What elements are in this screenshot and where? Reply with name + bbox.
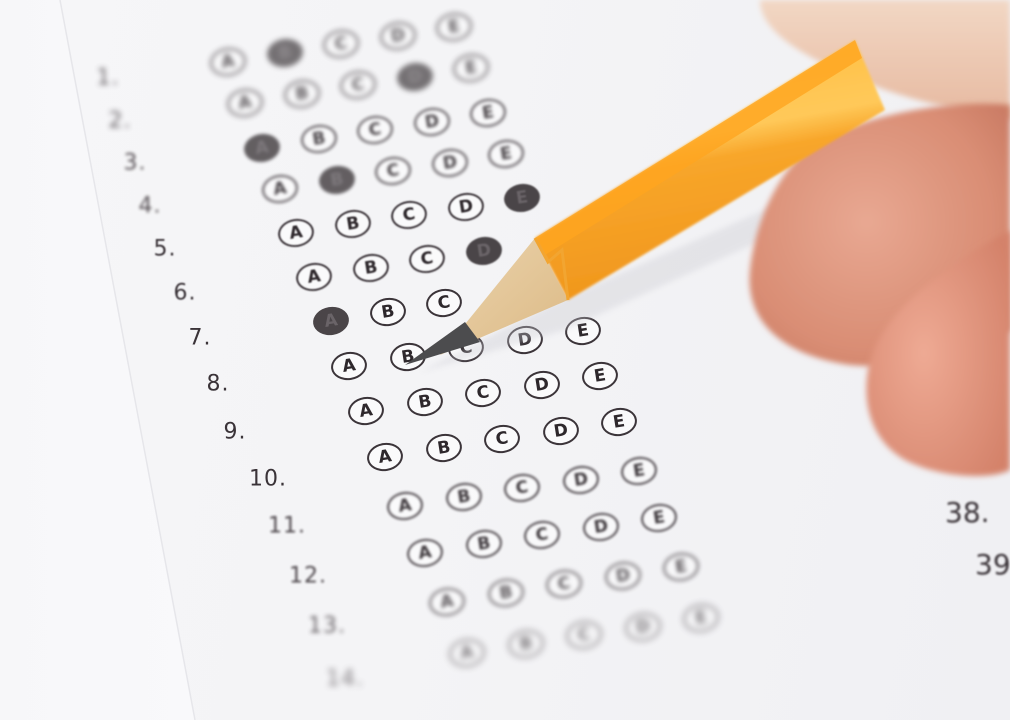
answer-sheet-photo: 1.2.3.4.5.6.7.8.9.10.11.12.13.14. ABCDEA…: [0, 0, 1010, 720]
hand-and-pencil: [0, 0, 1010, 720]
